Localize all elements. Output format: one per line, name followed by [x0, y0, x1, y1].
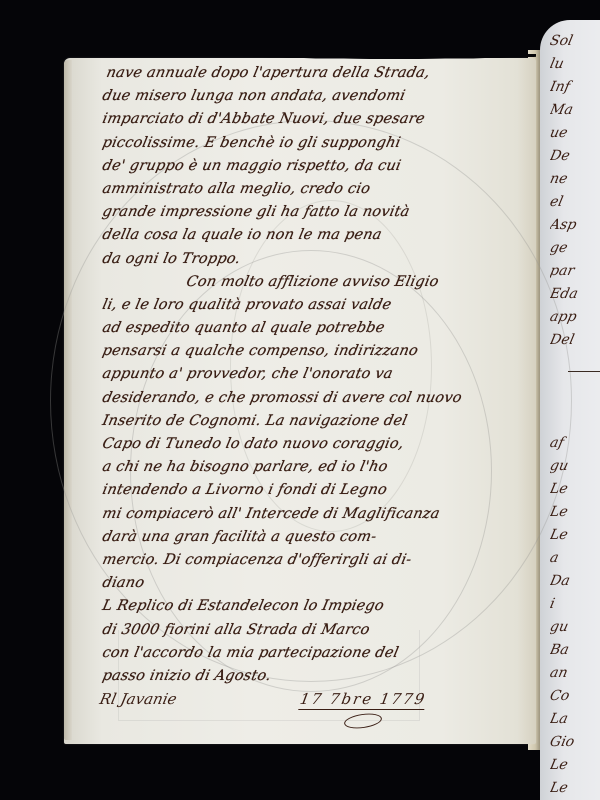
partial-line: ue — [550, 122, 600, 145]
partial-line: Le — [550, 777, 600, 800]
partial-line: ne — [550, 168, 600, 191]
text-line: della cosa la quale io non le ma pena — [100, 224, 505, 247]
partial-line: Le — [550, 524, 600, 547]
signature: Rl Javanie — [98, 690, 178, 708]
text-line: li, e le loro qualità provato assai vald… — [100, 294, 505, 317]
partial-line: Sol — [550, 30, 600, 53]
partial-line: Ma — [550, 99, 600, 122]
text-line: pensarsi a qualche compenso, indirizzano — [100, 340, 505, 363]
text-line: intendendo a Livorno i fondi di Legno — [100, 479, 505, 502]
partial-line: el — [550, 191, 600, 214]
partial-line: Le — [550, 501, 600, 524]
text-line: nave annuale dopo l'apertura della Strad… — [100, 62, 505, 85]
partial-line: Da — [550, 570, 600, 593]
signature-row: Rl Javanie 17 7bre 1779 — [100, 688, 500, 716]
manuscript-photo: nave annuale dopo l'apertura della Strad… — [0, 0, 600, 800]
text-line: amministrato alla meglio, credo cio — [100, 178, 505, 201]
text-line: Capo di Tunedo lo dato nuovo coraggio, — [100, 433, 505, 456]
partial-line: lu — [550, 53, 600, 76]
partial-line: an — [550, 662, 600, 685]
partial-line: gu — [550, 616, 600, 639]
text-line: ad espedito quanto al quale potrebbe — [100, 317, 505, 340]
text-line: da ogni lo Troppo. — [100, 248, 505, 271]
partial-line: Ba — [550, 639, 600, 662]
text-line: darà una gran facilità a questo com- — [100, 526, 505, 549]
partial-line: par — [550, 260, 600, 283]
text-line: appunto a' provvedor, che l'onorato va — [100, 363, 505, 386]
text-line: mercio. Di compiacenza d'offerirgli ai d… — [100, 549, 505, 572]
text-line: mi compiacerò all' Intercede di Maglific… — [100, 503, 505, 526]
partial-line: Le — [550, 478, 600, 501]
spacer — [550, 352, 600, 432]
partial-line: af — [550, 432, 600, 455]
text-line: di 3000 fiorini alla Strada di Marco — [100, 619, 505, 642]
partial-line: Gio — [550, 731, 600, 754]
paragraph-start-line: Con molto afflizione avviso Eligio — [100, 271, 505, 294]
partial-line: a — [550, 547, 600, 570]
handwritten-text-block: nave annuale dopo l'apertura della Strad… — [100, 62, 500, 716]
partial-line: Inf — [550, 76, 600, 99]
text-line: Inserito de Cognomi. La navigazione del — [100, 410, 505, 433]
partial-line: De — [550, 145, 600, 168]
partial-line: Eda — [550, 283, 600, 306]
page-edge — [64, 60, 72, 740]
section-divider-rule — [568, 371, 600, 372]
text-line: de' gruppo è un maggio rispetto, da cui — [100, 155, 505, 178]
text-line: piccolissime. E benchè io gli supponghi — [100, 132, 505, 155]
text-line: a chi ne ha bisogno parlare, ed io l'ho — [100, 456, 505, 479]
text-line: diano — [100, 572, 505, 595]
text-line: imparciato di d'Abbate Nuovi, due spesar… — [100, 108, 505, 131]
date: 17 7bre 1779 — [298, 690, 428, 710]
partial-line: La — [550, 708, 600, 731]
partial-line: Co — [550, 685, 600, 708]
text-line: L Replico di Estandelecon lo Impiego — [100, 595, 505, 618]
facing-page-text: Sol lu Inf Ma ue De ne el Asp ge par Eda… — [550, 30, 600, 800]
partial-line: i — [550, 593, 600, 616]
partial-line: app — [550, 306, 600, 329]
text-line: passo inizio di Agosto. — [100, 665, 505, 688]
partial-line: Le — [550, 754, 600, 777]
partial-line: Asp — [550, 214, 600, 237]
partial-line: Del — [550, 329, 600, 352]
text-line: desiderando, e che promossi di avere col… — [100, 387, 505, 410]
text-line: con l'accordo la mia partecipazione del — [100, 642, 505, 665]
text-line: due misero lunga non andata, avendomi — [100, 85, 505, 108]
text-line: grande impressione gli ha fatto la novit… — [100, 201, 505, 224]
partial-line: gu — [550, 455, 600, 478]
partial-line: ge — [550, 237, 600, 260]
